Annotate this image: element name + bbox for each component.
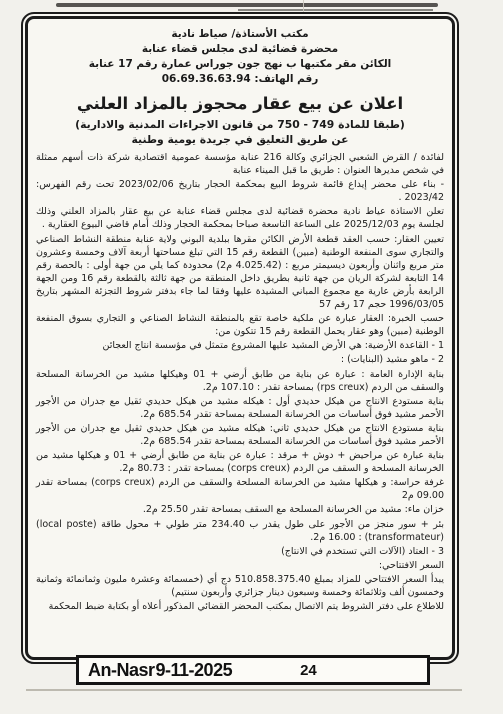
scan-artifact-line [238, 9, 433, 11]
office-phone-line: رقم الهاتف: 06.69.36.63.94 [36, 72, 444, 87]
body-paragraph: خزان ماء: مشيد من الخرسانة المسلحة مع ال… [36, 503, 444, 516]
scan-artifact-line [56, 3, 438, 7]
body-paragraph: 3 - العتاد (الآلات التي تستخدم في الانتا… [36, 545, 444, 558]
body-paragraph: تعيين العقار: حسب العقد قطعة الأرض الكائ… [36, 233, 444, 312]
body-paragraph: بئر + سور منجز من الأجور على طول يقدر ب … [36, 518, 444, 544]
body-paragraph: بناية مستودع الانتاج من هيكل حديدي ثاني:… [36, 422, 444, 448]
scanned-legal-notice-page: مكتب الأستاذة/ صياط نادية محضرة قضائية ل… [0, 0, 503, 714]
body-paragraph: حسب الخبرة: العقار عبارة عن ملكية خاصة ت… [36, 312, 444, 338]
newspaper-name: An-Nasr [88, 660, 155, 681]
issue-date: 9-11-2025 [156, 660, 233, 681]
notice-publication-method: عن طريق التعليق في جريدة يومية وطنية [36, 133, 444, 146]
body-paragraph: بناية عبارة عن مراحيض + دوش + مرقد : عبا… [36, 449, 444, 475]
body-paragraph: لفائدة / القرض الشعبي الجزائري وكالة 216… [36, 151, 444, 177]
notice-border-frame: مكتب الأستاذة/ صياط نادية محضرة قضائية ل… [21, 12, 459, 664]
newspaper-footer-box: An-Nasr 9-11-2025 24 [76, 655, 430, 685]
clipping-cut-line [26, 689, 462, 691]
office-address-line: الكائن مقر مكتبها ب نهج جون جوراس عمارة … [36, 57, 444, 72]
body-paragraph: 2 - ماهو مشيد (البنايات) : [36, 353, 444, 366]
page-number: 24 [300, 662, 317, 679]
body-paragraph: - بناء على محضر إيداع قائمة شروط البيع ب… [36, 178, 444, 204]
notice-title: اعلان عن بيع عقار محجوز بالمزاد العلني [36, 94, 444, 113]
body-paragraph: بناية مستودع الانتاج من هيكل حديدي أول :… [36, 395, 444, 421]
office-role-line: محضرة قضائية لدى مجلس قضاء عنابة [36, 42, 444, 57]
notice-legal-reference: (طبقا للمادة 749 - 750 من قانون الاجراءا… [36, 118, 444, 131]
body-paragraphs: لفائدة / القرض الشعبي الجزائري وكالة 216… [36, 151, 444, 613]
office-name-line: مكتب الأستاذة/ صياط نادية [36, 27, 444, 42]
notice-inner-frame: مكتب الأستاذة/ صياط نادية محضرة قضائية ل… [25, 16, 455, 660]
body-paragraph: يبدأ السعر الافتتاحي للمزاد بمبلغ 510.85… [36, 573, 444, 599]
bailiff-office-header: مكتب الأستاذة/ صياط نادية محضرة قضائية ل… [36, 27, 444, 87]
body-paragraph: غرفة حراسة: و هيكلها مشيد من الخرسانة ال… [36, 476, 444, 502]
body-paragraph: تعلن الاستاذة عياط نادية محضرة قضائية لد… [36, 205, 444, 231]
body-paragraph: السعر الافتتاحي: [36, 559, 444, 572]
body-paragraph: 1 - القاعدة الأرضية: هي الأرض المشيد علي… [36, 339, 444, 352]
body-paragraph: بناية الإدارة العامة : عبارة عن بناية من… [36, 368, 444, 394]
body-paragraph: للاطلاع على دفتر الشروط يتم الاتصال بمكت… [36, 600, 444, 613]
